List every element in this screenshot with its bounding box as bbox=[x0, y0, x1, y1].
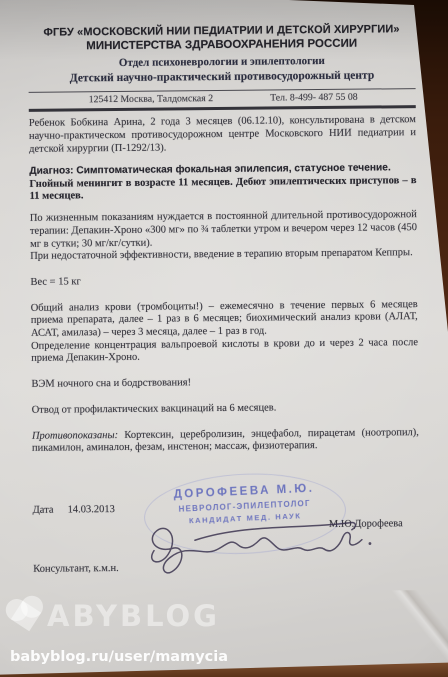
date-value: 14.03.2013 bbox=[68, 504, 115, 515]
org-name-line2: МИНИСТЕРСТВА ЗДРАВООХРАНЕНИЯ РОССИИ bbox=[28, 37, 415, 55]
eeg-line: ВЭМ ночного сна и бодрствования! bbox=[31, 375, 418, 391]
diagnosis-details: Гнойный менингит в возрасте 11 месяцев. … bbox=[29, 175, 416, 204]
paper-crease bbox=[377, 589, 448, 670]
contraindications-paragraph: Противопоказаны: Кортексин, церебролизин… bbox=[32, 427, 419, 456]
address: 125412 Москва, Талдомская 2 bbox=[89, 93, 214, 106]
weight-line: Вес = 15 кг bbox=[30, 273, 417, 289]
phone: Тел. 8-499- 487 55 08 bbox=[270, 92, 358, 105]
paper-sheet: ФГБУ «МОСКОВСКИЙ НИИ ПЕДИАТРИИ И ДЕТСКОЙ… bbox=[0, 0, 448, 677]
photo-of-document: ФГБУ «МОСКОВСКИЙ НИИ ПЕДИАТРИИ И ДЕТСКОЙ… bbox=[0, 0, 448, 677]
blood-tests-paragraph: Общий анализ крови (тромбоциты!) – ежеме… bbox=[31, 299, 418, 341]
document-content: ФГБУ «МОСКОВСКИЙ НИИ ПЕДИАТРИИ И ДЕТСКОЙ… bbox=[0, 0, 448, 677]
watermark-logo: ABYBLOG bbox=[15, 599, 220, 633]
intro-paragraph: Ребенок Бобкина Арина, 2 года 3 месяцев … bbox=[29, 114, 416, 156]
contraindications-label: Противопоказаны: bbox=[32, 430, 118, 442]
vaccination-line: Отвод от профилактических вакцинаций на … bbox=[32, 401, 419, 417]
handwritten-signature bbox=[140, 496, 381, 583]
heart-icon bbox=[13, 603, 39, 629]
efficacy-paragraph: При недостаточной эффективности, введени… bbox=[30, 247, 417, 263]
watermark-logo-text: ABYBLOG bbox=[47, 599, 220, 633]
valproate-paragraph: Определение концентрация вальпроевой кис… bbox=[31, 337, 418, 366]
therapy-paragraph: По жизненным показаниям нуждается в пост… bbox=[30, 209, 417, 251]
date-label: Дата bbox=[33, 505, 54, 516]
department-line2: Детский научно-практический противосудор… bbox=[28, 69, 415, 87]
watermark-url: babyblog.ru/user/mamycia bbox=[10, 649, 228, 665]
